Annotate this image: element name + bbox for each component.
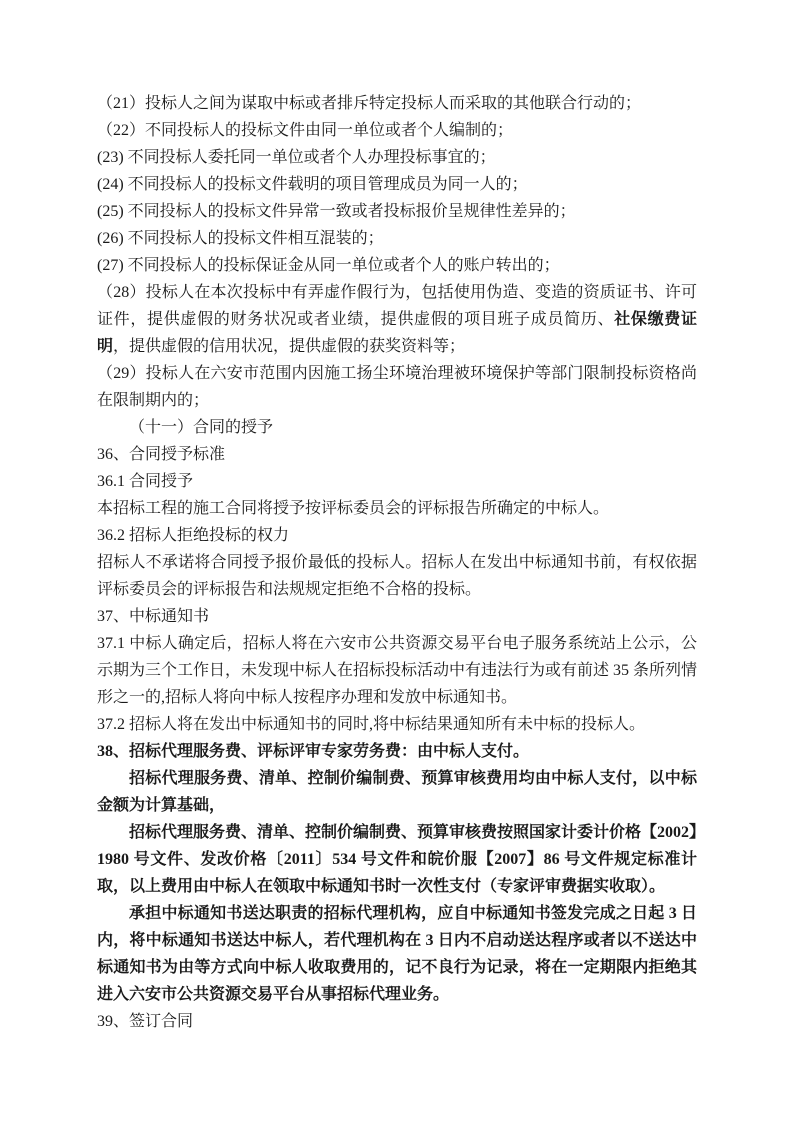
clause-36-1-body: 本招标工程的施工合同将授予按评标委员会的评标报告所确定的中标人。 bbox=[97, 495, 697, 522]
clause-24: (24) 不同投标人的投标文件载明的项目管理成员为同一人的； bbox=[97, 171, 697, 198]
clause-37-1: 37.1 中标人确定后，招标人将在六安市公共资源交易平台电子服务系统站上公示，公… bbox=[97, 630, 697, 711]
clause-28-text: （28）投标人在本次投标中有弄虚作假行为，包括使用伪造、变造的资质证书、许可证件… bbox=[97, 284, 697, 328]
clause-38-para-3: 承担中标通知书送达职责的招标代理机构，应自中标通知书签发完成之日起 3 日内，将… bbox=[97, 900, 697, 1008]
clause-36-1-title: 36.1 合同授予 bbox=[97, 468, 697, 495]
clause-37-title: 37、中标通知书 bbox=[97, 603, 697, 630]
clause-38-title: 38、招标代理服务费、评标评审专家劳务费：由中标人支付。 bbox=[97, 738, 697, 765]
section-11-heading: （十一）合同的授予 bbox=[97, 414, 697, 441]
clause-36-title: 36、合同授予标准 bbox=[97, 441, 697, 468]
clause-28: （28）投标人在本次投标中有弄虚作假行为，包括使用伪造、变造的资质证书、许可证件… bbox=[97, 279, 697, 360]
clause-26: (26) 不同投标人的投标文件相互混装的； bbox=[97, 225, 697, 252]
clause-37-2: 37.2 招标人将在发出中标通知书的同时,将中标结果通知所有未中标的投标人。 bbox=[97, 711, 697, 738]
clause-36-2-body: 招标人不承诺将合同授予报价最低的投标人。招标人在发出中标通知书前，有权依据评标委… bbox=[97, 549, 697, 603]
clause-36-2-title: 36.2 招标人拒绝投标的权力 bbox=[97, 522, 697, 549]
clause-21: （21）投标人之间为谋取中标或者排斥特定投标人而采取的其他联合行动的； bbox=[97, 90, 697, 117]
clause-27: (27) 不同投标人的投标保证金从同一单位或者个人的账户转出的； bbox=[97, 252, 697, 279]
clause-25: (25) 不同投标人的投标文件异常一致或者投标报价呈规律性差异的； bbox=[97, 198, 697, 225]
document-page: （21）投标人之间为谋取中标或者排斥特定投标人而采取的其他联合行动的； （22）… bbox=[97, 90, 697, 1035]
clause-38-para-2: 招标代理服务费、清单、控制价编制费、预算审核费按照国家计委计价格【2002】19… bbox=[97, 819, 697, 900]
clause-29: （29）投标人在六安市范围内因施工扬尘环境治理被环境保护等部门限制投标资格尚在限… bbox=[97, 360, 697, 414]
clause-39-title: 39、签订合同 bbox=[97, 1008, 697, 1035]
clause-38-para-1: 招标代理服务费、清单、控制价编制费、预算审核费用均由中标人支付，以中标金额为计算… bbox=[97, 765, 697, 819]
clause-23: (23) 不同投标人委托同一单位或者个人办理投标事宜的； bbox=[97, 144, 697, 171]
clause-28-tail: ，提供虚假的信用状况，提供虚假的获奖资料等； bbox=[113, 338, 465, 355]
clause-22: （22）不同投标人的投标文件由同一单位或者个人编制的； bbox=[97, 117, 697, 144]
